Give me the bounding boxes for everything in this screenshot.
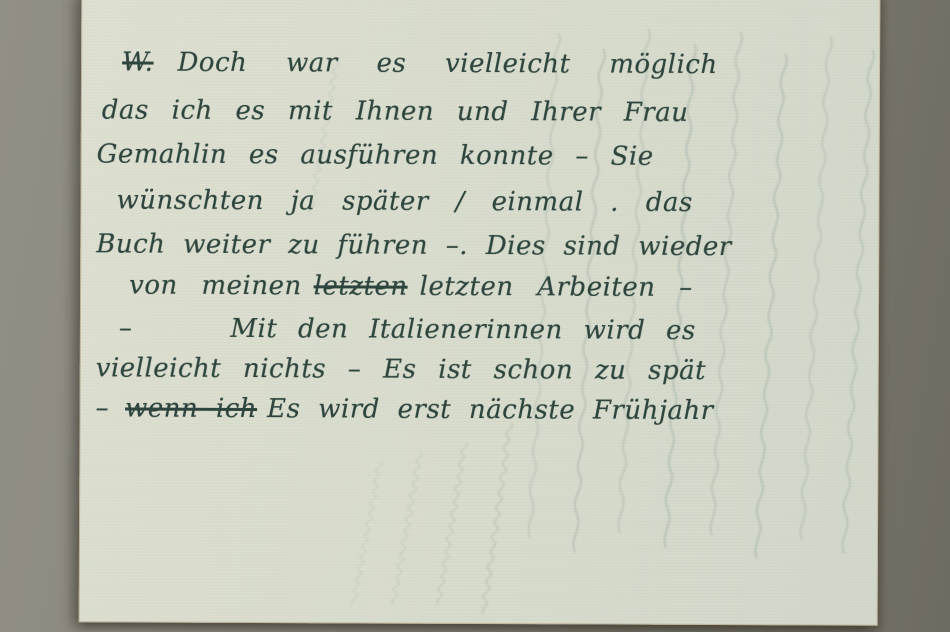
handwriting-lines: W.Doch war es vielleicht möglichdas ich … (80, 0, 880, 625)
handwriting-segment: vielleicht nichts – Es ist schon zu spät (96, 355, 706, 384)
handwriting-segment: Buch weiter zu führen –. Dies sind wiede… (96, 231, 732, 260)
handwriting-segment: das ich es mit Ihnen und Ihrer Frau (102, 97, 689, 126)
handwriting-line: Buch weiter zu führen –. Dies sind wiede… (96, 231, 732, 260)
handwriting-segment: Doch war es vielleicht möglich (177, 50, 717, 78)
letter-page: W.Doch war es vielleicht möglichdas ich … (79, 0, 881, 626)
handwriting-segment: Mit den Italienerinnen wird es (230, 316, 695, 344)
handwriting-line: das ich es mit Ihnen und Ihrer Frau (102, 97, 689, 126)
handwriting-segment: Gemahlin es ausführen konnte – Sie (97, 141, 654, 169)
handwriting-segment: – (96, 395, 110, 421)
handwriting-segment: wünschten ja später / einmal . das (116, 187, 692, 216)
handwriting-line: –Mit den Italienerinnen wird es (119, 315, 696, 344)
handwriting-segment: von meinen (129, 272, 302, 299)
handwriting-line: von meinenletztenletzten Arbeiten – (129, 272, 693, 300)
handwriting-line: vielleicht nichts – Es ist schon zu spät (96, 355, 706, 384)
struck-text: letzten (314, 273, 408, 299)
handwriting-line: W.Doch war es vielleicht möglich (122, 49, 718, 78)
struck-text: W. (122, 49, 154, 75)
struck-text: wenn ich (125, 395, 257, 422)
handwriting-segment: letzten Arbeiten – (420, 274, 693, 301)
handwriting-line: Gemahlin es ausführen konnte – Sie (97, 141, 654, 169)
handwriting-segment: – (119, 315, 133, 341)
handwriting-segment: Es wird erst nächste Frühjahr (267, 396, 714, 424)
handwriting-line: –wenn ichEs wird erst nächste Frühjahr (96, 395, 714, 424)
handwriting-line: wünschten ja später / einmal . das (116, 187, 692, 216)
